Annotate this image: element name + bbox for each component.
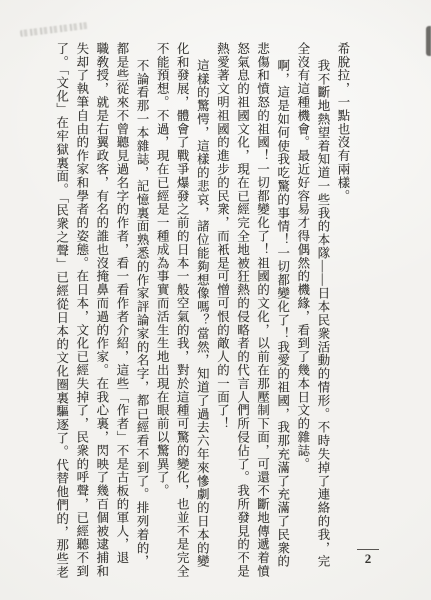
- text-column: 職敎授，就是右翼政客，有名的誰也沒掩鼻而過的作家。在我心裏，閃映了幾百個被逮捕和: [92, 42, 112, 588]
- scanned-page: 希脫拉，一點也沒有兩樣。我不斷地熱望着知道一些我的本隊——日本民衆活動的情形。不…: [0, 0, 431, 600]
- text-column: 熱愛著文明祖國的進步的民衆，而衹是可憎可恨的敵人的一面了！: [212, 42, 232, 588]
- text-column: 悲傷和憤怒的祖國！一切都變化了！祖國的文化，以前在那壓制下面，可還不斷地傳遞着憤: [253, 42, 273, 588]
- text-column: 不能預想。不過，現在已經是一種成為事實而活生生地出現在眼前以驚異了。: [152, 42, 172, 588]
- page-edge-smudge: [426, 26, 431, 56]
- text-column: 失却了執筆自由的作家和學者的姿態。在日本，文化已經失掉了，民衆的呼聲，已經聽不到: [72, 42, 92, 588]
- text-column: 都是些從來不曾聽見過名字的作者，看一看作者介紹，這些「作者」不是古板的軍人，退: [112, 42, 132, 588]
- text-column: 我不斷地熱望着知道一些我的本隊——日本民衆活動的情形。不時失掉了連絡的我，完: [313, 42, 333, 588]
- text-column: 全沒有這種機會。最近好容易才得偶然的機緣，看到了幾本日文的雜誌。: [293, 42, 313, 588]
- text-column: 希脫拉，一點也沒有兩樣。: [333, 42, 353, 588]
- text-column: 不論看那一本雜誌，記憶裏面熟悉的作家評論家的名字，都已經看不到了。排列着的，: [132, 42, 152, 588]
- text-column: 了。「文化」在牢獄裏面。「民衆之聲」已經從日本的文化圈裏驅逐了。代替他們的，那些…: [52, 42, 72, 588]
- text-column: 怒氣息的祖國文化，現在已經完全地被狂熱的侵略者的代言人們所侵佔了。我所發見的不是: [232, 42, 252, 588]
- text-column: 這樣的驚愕，這樣的悲哀，諸位能夠想像嗎？當然，知道了過去六年來慘劇的日本的變: [192, 42, 212, 588]
- folio: 2: [355, 549, 381, 566]
- faint-corner-stamp-mark: [20, 22, 88, 37]
- page-number: 2: [355, 552, 381, 566]
- text-block: 希脫拉，一點也沒有兩樣。我不斷地熱望着知道一些我的本隊——日本民衆活動的情形。不…: [51, 42, 353, 588]
- text-column: 化和發展，體會了戰爭爆發之前的日本一般空氣的我，對於這種可驚的變化，也並不是完全: [172, 42, 192, 588]
- text-column: 啊，這是如何使我吃驚的事情！一切都變化了！我愛的祖國，我那充滿了充滿了民衆的: [273, 42, 293, 588]
- folio-rule: [357, 549, 379, 550]
